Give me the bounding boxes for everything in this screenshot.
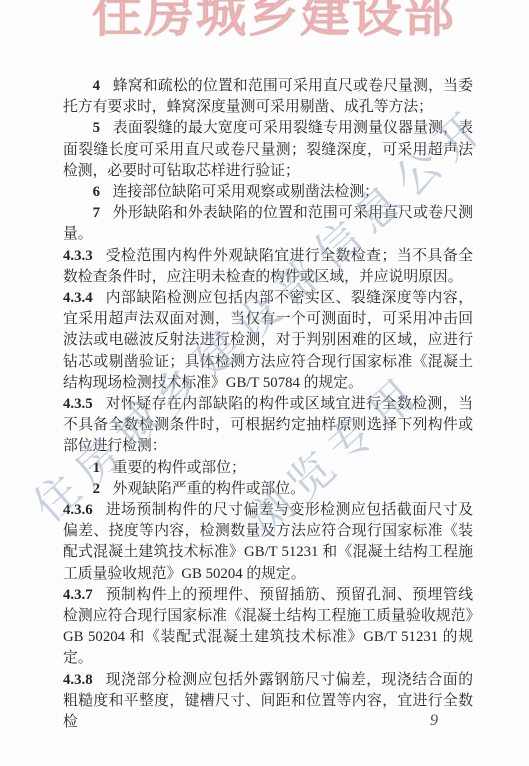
numbered-list-item: 2外观缺陷严重的构件或部位。 <box>63 479 473 500</box>
section-paragraph: 4.3.5对怀疑存在内部缺陷的构件或区域宜进行全数检测，当不具备全数检测条件时，… <box>63 394 473 458</box>
paragraph-number: 6 <box>93 184 113 200</box>
paragraph-number: 4.3.4 <box>63 290 105 306</box>
numbered-list-item: 7外形缺陷和外表缺陷的位置和范围可采用直尺或卷尺测量。 <box>63 203 473 245</box>
paragraph-number: 4 <box>93 78 113 94</box>
numbered-list-item: 1重要的构件或部位； <box>63 458 473 479</box>
paragraph-number: 5 <box>93 120 113 136</box>
paragraph-number: 1 <box>93 460 113 476</box>
section-paragraph: 4.3.7预制构件上的预埋件、预留插筋、预留孔洞、预埋管线检测应符合现行国家标准… <box>63 585 473 670</box>
red-stamp-text: 住房城乡建设部 <box>92 0 456 46</box>
paragraph-number: 4.3.3 <box>63 248 105 264</box>
section-paragraph: 4.3.8现浇部分检测应包括外露钢筋尺寸偏差，现浇结合面的粗糙度和平整度，键槽尺… <box>63 670 473 734</box>
section-paragraph: 4.3.4内部缺陷检测应包括内部不密实区、裂缝深度等内容，宜采用超声法双面对测，… <box>63 288 473 394</box>
section-paragraph: 4.3.6进场预制构件的尺寸偏差与变形检测应包括截面尺寸及偏差、挠度等内容，检测… <box>63 500 473 585</box>
paragraph-number: 4.3.7 <box>63 587 105 603</box>
numbered-list-item: 4蜂窝和疏松的位置和范围可采用直尺或卷尺量测，当委托方有要求时，蜂窝深度量测可采… <box>63 76 473 118</box>
numbered-list-item: 6连接部位缺陷可采用观察或剔凿法检测； <box>63 182 473 203</box>
paragraph-number: 4.3.6 <box>63 502 105 518</box>
document-page: 住房城乡建设部 住房城乡建设部信息公开 浏览专用 4蜂窝和疏松的位置和范围可采用… <box>0 0 529 766</box>
page-number: 9 <box>430 712 438 730</box>
paragraph-number: 4.3.5 <box>63 396 105 412</box>
numbered-list-item: 5表面裂缝的最大宽度可采用裂缝专用测量仪器量测，表面裂缝长度可采用直尺或卷尺量测… <box>63 118 473 182</box>
body-text-column: 4蜂窝和疏松的位置和范围可采用直尺或卷尺量测，当委托方有要求时，蜂窝深度量测可采… <box>63 76 473 733</box>
paragraph-number: 2 <box>93 481 113 497</box>
paragraph-number: 4.3.8 <box>63 672 105 688</box>
section-paragraph: 4.3.3受检范围内构件外观缺陷宜进行全数检查；当不具备全数检查条件时，应注明未… <box>63 246 473 288</box>
paragraph-number: 7 <box>93 205 113 221</box>
